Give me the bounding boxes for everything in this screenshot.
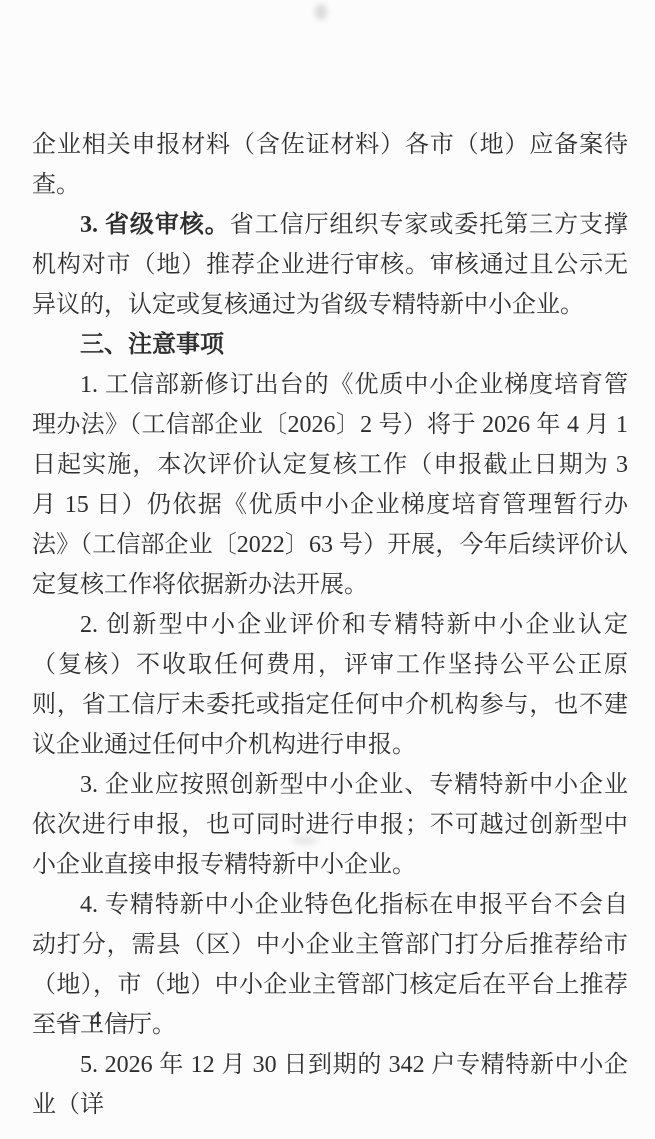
note-1: 1. 工信部新修订出台的《优质中小企业梯度培育管理办法》（工信部企业〔2026〕… xyxy=(32,365,628,605)
section-heading-notes: 三、注意事项 xyxy=(32,325,628,365)
note-3: 3. 企业应按照创新型中小企业、专精特新中小企业依次进行申报，也可同时进行申报；… xyxy=(32,765,628,885)
page-content: 企业相关申报材料（含佐证材料）各市（地）应备案待查。 3. 省级审核。省工信厅组… xyxy=(32,125,628,1125)
scan-artifact-top xyxy=(315,4,327,20)
scanned-document-page: 企业相关申报材料（含佐证材料）各市（地）应备案待查。 3. 省级审核。省工信厅组… xyxy=(0,0,655,1139)
paragraph-provincial-review: 3. 省级审核。省工信厅组织专家或委托第三方支撑机构对市（地）推荐企业进行审核。… xyxy=(32,205,628,325)
note-5: 5. 2026 年 12 月 30 日到期的 342 户专精特新中小企业（详 xyxy=(32,1045,628,1125)
note-2: 2. 创新型中小企业评价和专精特新中小企业认定（复核）不收取任何费用，评审工作坚… xyxy=(32,605,628,765)
page-number: — 4 — xyxy=(57,1006,136,1034)
paragraph-continuation: 企业相关申报材料（含佐证材料）各市（地）应备案待查。 xyxy=(32,125,628,205)
provincial-review-lead: 3. 省级审核。 xyxy=(80,212,230,238)
